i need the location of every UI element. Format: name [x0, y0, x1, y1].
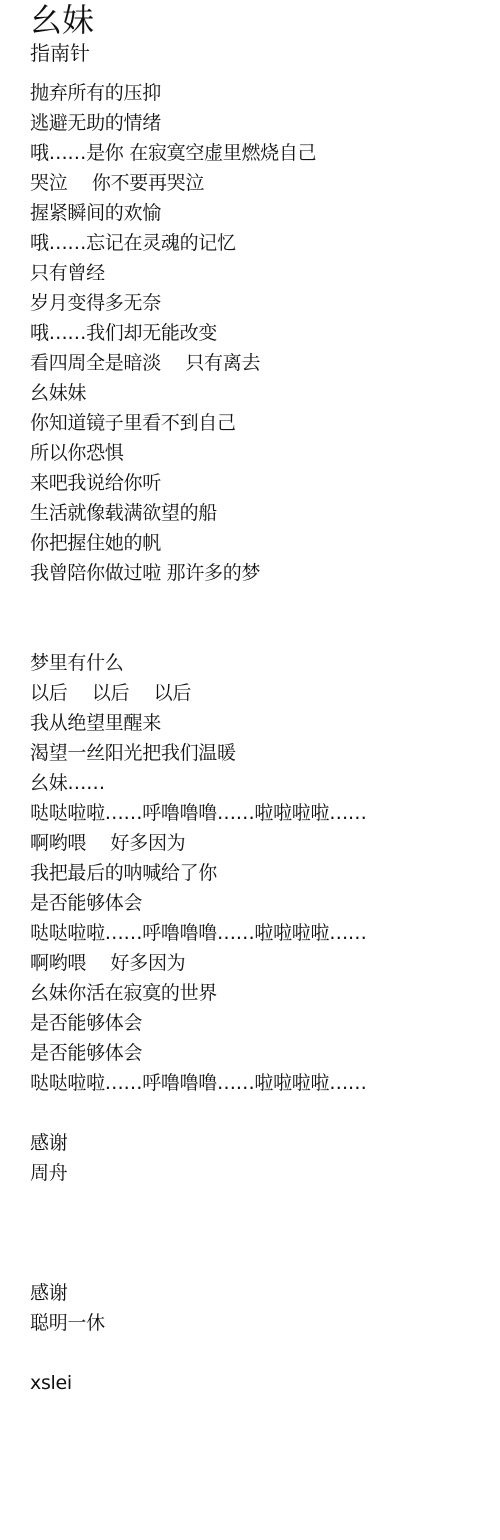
lyric-line: 梦里有什么 [30, 648, 480, 678]
lyric-line: 抛弃所有的压抑 [30, 78, 480, 108]
lyric-line: 周舟 [30, 1158, 480, 1188]
lyric-line: 感谢 [30, 1128, 480, 1158]
lyric-line: 生活就像载满欲望的船 [30, 498, 480, 528]
lyric-line: 是否能够体会 [30, 888, 480, 918]
lyric-line: 你把握住她的帆 [30, 528, 480, 558]
lyric-line: 看四周全是暗淡 只有离去 [30, 348, 480, 378]
lyric-line: 啊哟喂 好多因为 [30, 948, 480, 978]
lyric-line: 岁月变得多无奈 [30, 288, 480, 318]
lyric-line: 是否能够体会 [30, 1008, 480, 1038]
lyric-line: 哦……忘记在灵魂的记忆 [30, 228, 480, 258]
lyric-line: 来吧我说给你听 [30, 468, 480, 498]
lyric-line: 哒哒啦啦……呼噜噜噜……啦啦啦啦…… [30, 1068, 480, 1098]
song-title: 幺妹 [30, 0, 480, 40]
lyric-line: 幺妹…… [30, 768, 480, 798]
lyric-line: 我从绝望里醒来 [30, 708, 480, 738]
song-artist: 指南针 [30, 40, 480, 66]
lyric-line: 我曾陪你做过啦 那许多的梦 [30, 558, 480, 588]
lyric-line: 幺妹妹 [30, 378, 480, 408]
lyric-line [30, 1188, 480, 1218]
lyric-line [30, 618, 480, 648]
lyric-line: 是否能够体会 [30, 1038, 480, 1068]
lyric-line: 感谢 [30, 1278, 480, 1308]
lyric-line: 你知道镜子里看不到自己 [30, 408, 480, 438]
lyric-line: 哦……我们却无能改变 [30, 318, 480, 348]
lyric-line [30, 1338, 480, 1368]
lyric-line [30, 1248, 480, 1278]
lyric-line: 聪明一休 [30, 1308, 480, 1338]
lyric-line: 哒哒啦啦……呼噜噜噜……啦啦啦啦…… [30, 918, 480, 948]
lyrics-body: 抛弃所有的压抑逃避无助的情绪哦……是你 在寂寞空虚里燃烧自己哭泣 你不要再哭泣握… [30, 78, 480, 1398]
lyric-line [30, 1098, 480, 1128]
lyrics-page: 幺妹 指南针 抛弃所有的压抑逃避无助的情绪哦……是你 在寂寞空虚里燃烧自己哭泣 … [30, 0, 480, 1398]
lyric-line [30, 588, 480, 618]
lyric-line: xslei [30, 1368, 480, 1398]
lyric-line: 幺妹你活在寂寞的世界 [30, 978, 480, 1008]
lyric-line: 我把最后的呐喊给了你 [30, 858, 480, 888]
lyric-line: 哭泣 你不要再哭泣 [30, 168, 480, 198]
lyric-line: 逃避无助的情绪 [30, 108, 480, 138]
lyric-line [30, 1218, 480, 1248]
lyric-line: 渴望一丝阳光把我们温暖 [30, 738, 480, 768]
lyric-line: 握紧瞬间的欢愉 [30, 198, 480, 228]
lyric-line: 只有曾经 [30, 258, 480, 288]
lyric-line: 以后 以后 以后 [30, 678, 480, 708]
lyric-line: 哒哒啦啦……呼噜噜噜……啦啦啦啦…… [30, 798, 480, 828]
lyric-line: 啊哟喂 好多因为 [30, 828, 480, 858]
lyric-line: 所以你恐惧 [30, 438, 480, 468]
lyric-line: 哦……是你 在寂寞空虚里燃烧自己 [30, 138, 480, 168]
